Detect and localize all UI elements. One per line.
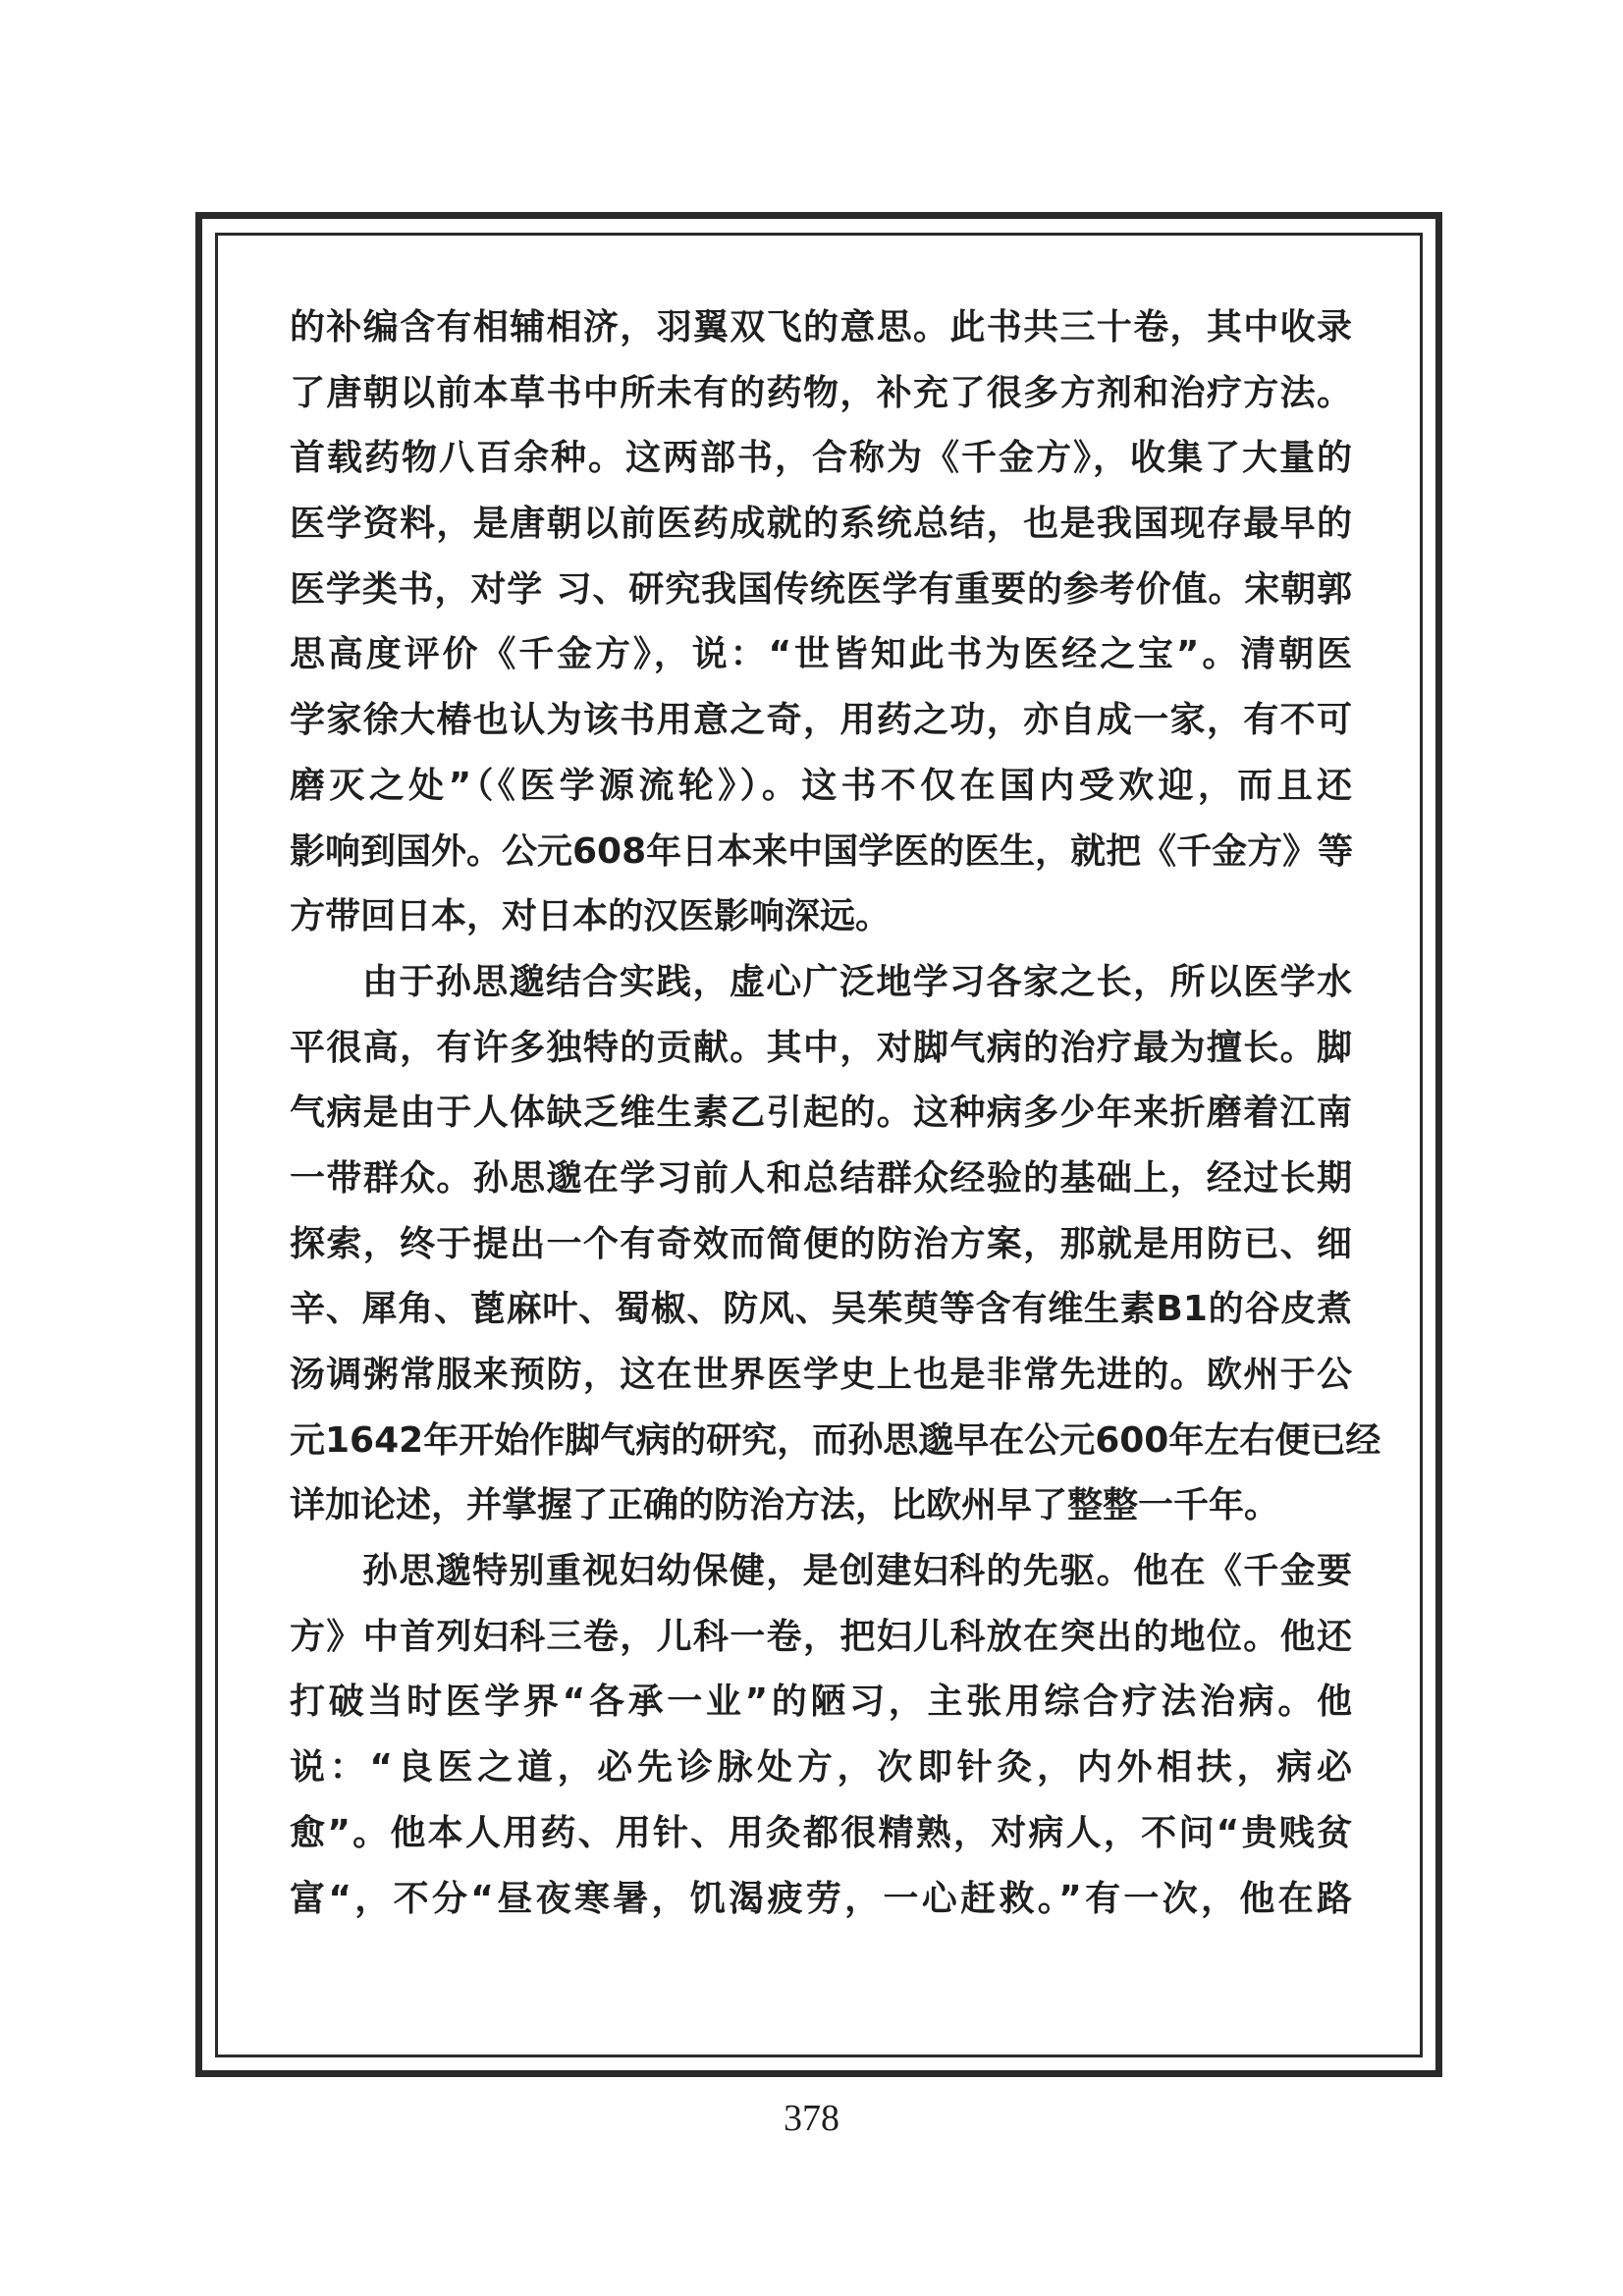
text-line: 打破当时医学界“各承一业”的陋习，主张用综合疗法治病。他 <box>290 1670 1352 1735</box>
text-line: 辛、犀角、蓖麻叶、蜀椒、防风、吴茱萸等含有维生素B1的谷皮煮 <box>290 1277 1352 1343</box>
paragraph-1: 的补编含有相辅相济，羽翼双飞的意思。此书共三十卷，其中收录 了唐朝以前本草书中所… <box>290 295 1370 950</box>
text-line: 愈”。他本人用药、用针、用灸都很精熟，对病人，不问“贵贱贫 <box>290 1801 1352 1867</box>
text-line: 首载药物八百余种。这两部书，合称为《千金方》，收集了大量的 <box>290 426 1352 492</box>
text-line: 思高度评价《千金方》，说：“世皆知此书为医经之宝”。清朝医 <box>290 622 1352 688</box>
text-line: 详加论述，并掌握了正确的防治方法，比欧州早了整整一千年。 <box>290 1473 1352 1539</box>
text-line: 气病是由于人体缺乏维生素乙引起的。这种病多少年来折磨着江南 <box>290 1081 1352 1147</box>
text-line: 孙思邈特别重视妇幼保健，是创建妇科的先驱。他在《千金要 <box>290 1539 1352 1605</box>
text-line: 一带群众。孙思邈在学习前人和总结群众经验的基础上，经过长期 <box>290 1147 1352 1212</box>
text-line: 富“，不分“昼夜寒暑，饥渴疲劳，一心赶救。”有一次，他在路 <box>290 1867 1352 1933</box>
text-line: 的补编含有相辅相济，羽翼双飞的意思。此书共三十卷，其中收录 <box>290 295 1352 361</box>
text-line: 医学类书，对学 习、研究我国传统医学有重要的参考价值。宋朝郭 <box>290 558 1352 623</box>
paragraph-3: 孙思邈特别重视妇幼保健，是创建妇科的先驱。他在《千金要 方》中首列妇科三卷，儿科… <box>290 1539 1370 1932</box>
text-line: 元1642年开始作脚气病的研究，而孙思邈早在公元600年左右便已经 <box>290 1409 1352 1474</box>
text-line: 磨灭之处”（《医学源流轮》）。这书不仅在国内受欢迎，而且还 <box>290 754 1352 820</box>
page-number: 378 <box>0 2097 1623 2140</box>
text-line: 汤调粥常服来预防，这在世界医学史上也是非常先进的。欧州于公 <box>290 1343 1352 1409</box>
text-line: 影响到国外。公元608年日本来中国学医的医生，就把《千金方》等 <box>290 820 1352 885</box>
text-line: 了唐朝以前本草书中所未有的药物，补充了很多方剂和治疗方法。 <box>290 361 1352 427</box>
text-line: 说：“良医之道，必先诊脉处方，次即针灸，内外相扶，病必 <box>290 1735 1352 1801</box>
text-line: 方》中首列妇科三卷，儿科一卷，把妇儿科放在突出的地位。他还 <box>290 1605 1352 1671</box>
paragraph-2: 由于孙思邈结合实践，虚心广泛地学习各家之长，所以医学水 平很高，有许多独特的贡献… <box>290 950 1370 1539</box>
text-line: 学家徐大椿也认为该书用意之奇，用药之功，亦自成一家，有不可 <box>290 688 1352 754</box>
text-line: 医学资料，是唐朝以前医药成就的系统总结，也是我国现存最早的 <box>290 492 1352 558</box>
text-line: 探索，终于提出一个有奇效而简便的防治方案，那就是用防已、细 <box>290 1212 1352 1278</box>
text-line: 由于孙思邈结合实践，虚心广泛地学习各家之长，所以医学水 <box>290 950 1352 1016</box>
body-text: 的补编含有相辅相济，羽翼双飞的意思。此书共三十卷，其中收录 了唐朝以前本草书中所… <box>290 295 1370 1932</box>
text-line: 平很高，有许多独特的贡献。其中，对脚气病的治疗最为擅长。脚 <box>290 1016 1352 1082</box>
text-line: 方带回日本，对日本的汉医影响深远。 <box>290 884 1352 950</box>
